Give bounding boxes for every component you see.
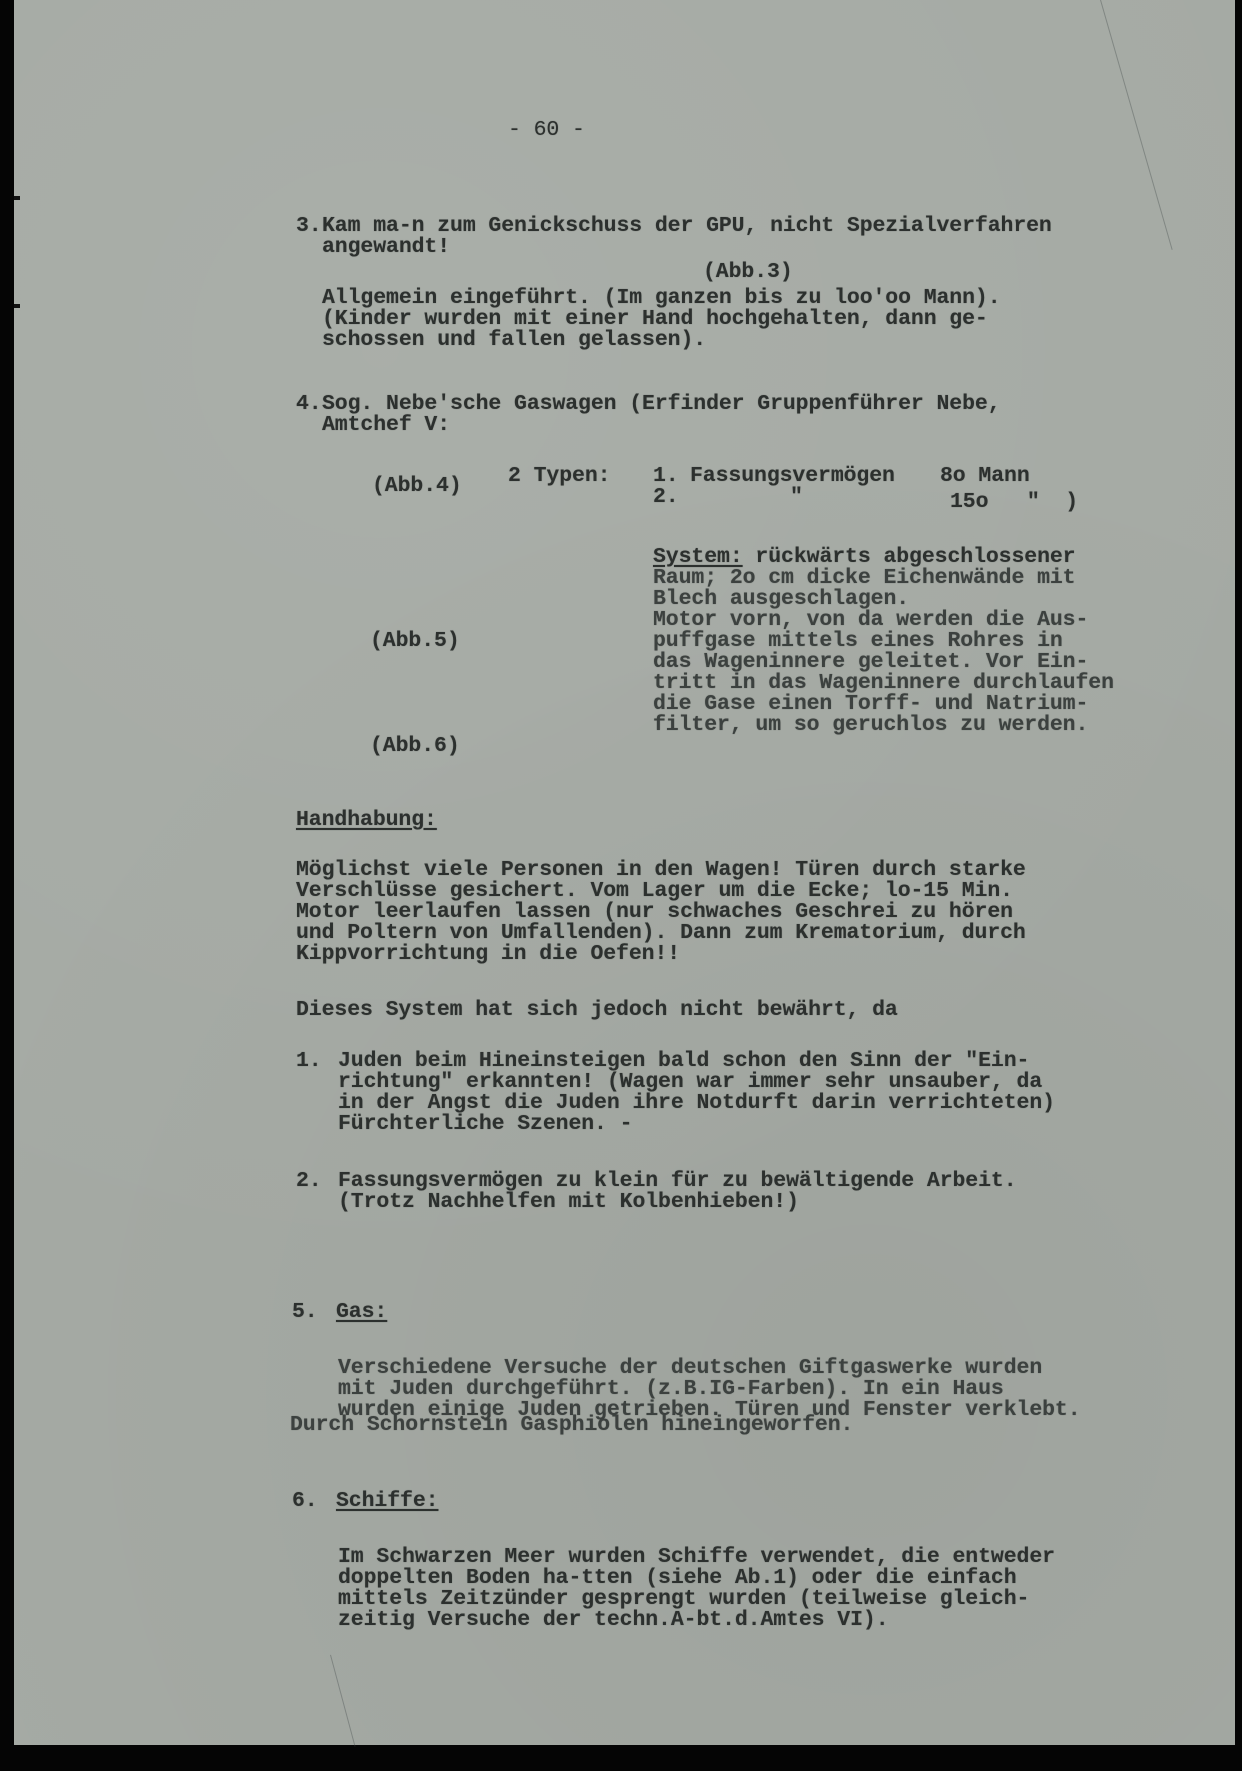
section3-body-2: (Kinder wurden mit einer Hand hochgehalt… [322, 309, 988, 330]
system-line-9: filter, um so geruchlos zu werden. [653, 715, 1088, 736]
handhabung-line-4: und Poltern von Umfallenden). Dann zum K… [296, 923, 1026, 944]
binding-hole-mark [14, 304, 20, 308]
type-1-label: Fassungsvermögen [690, 466, 895, 487]
section5-heading: Gas: [336, 1302, 387, 1323]
handhabung-line-5: Kippvorrichtung in die Oefen!! [296, 944, 680, 965]
section6-line-3: mittels Zeitzünder gesprengt wurden (tei… [338, 1589, 1029, 1610]
reason-2-number: 2. [296, 1171, 322, 1192]
type-2-number: 2. [653, 487, 679, 508]
section3-body-1: Allgemein eingeführt. (Im ganzen bis zu … [322, 288, 1001, 309]
section4-line-1: Sog. Nebe'sche Gaswagen (Erfinder Gruppe… [322, 394, 1001, 415]
section4-number: 4. [296, 394, 322, 415]
section5-line-2: mit Juden durchgeführt. (z.B.IG-Farben).… [338, 1379, 1004, 1400]
handhabung-line-1: Möglichst viele Personen in den Wagen! T… [296, 860, 1026, 881]
system-line-8: die Gase einen Torff- und Natrium- [653, 694, 1088, 715]
figure-ref-abb5: (Abb.5) [370, 631, 460, 652]
handhabung-line-3: Motor leerlaufen lassen (nur schwaches G… [296, 902, 1013, 923]
reason-2-line-2: (Trotz Nachhelfen mit Kolbenhieben!) [338, 1192, 799, 1213]
section3-line-1: Kam ma-n zum Genickschuss der GPU, nicht… [322, 216, 1052, 237]
figure-ref-abb4: (Abb.4) [372, 476, 462, 497]
type-2-label: " [790, 487, 803, 508]
type-1-number: 1. [653, 466, 679, 487]
handhabung-line-2: Verschlüsse gesichert. Vom Lager um die … [296, 881, 1013, 902]
system-line-4: Motor vorn, von da werden die Aus- [653, 610, 1088, 631]
section6-line-1: Im Schwarzen Meer wurden Schiffe verwend… [338, 1547, 1055, 1568]
system-line-7: tritt in das Wageninnere durchlaufen [653, 673, 1114, 694]
section6-line-2: doppelten Boden ha-tten (siehe Ab.1) ode… [338, 1568, 1017, 1589]
reason-1-number: 1. [296, 1051, 322, 1072]
section3-line-2: angewandt! [322, 237, 450, 258]
section3-body-3: schossen und fallen gelassen). [322, 330, 706, 351]
reason-1-line-2: richtung" erkannten! (Wagen war immer se… [338, 1072, 1042, 1093]
section5-last-line: Durch Schornstein Gasphiolen hineingewor… [290, 1415, 853, 1436]
system-line-5: puffgase mittels eines Rohres in [653, 631, 1063, 652]
section5-line-1: Verschiedene Versuche der deutschen Gift… [338, 1358, 1042, 1379]
page-number: - 60 - [508, 120, 585, 141]
binding-hole-mark [14, 196, 20, 200]
reason-2-line-1: Fassungsvermögen zu klein für zu bewälti… [338, 1171, 1017, 1192]
section3-number: 3. [296, 216, 322, 237]
system-line-3: Blech ausgeschlagen. [653, 589, 909, 610]
types-label: 2 Typen: [508, 466, 610, 487]
conclusion-line: Dieses System hat sich jedoch nicht bewä… [296, 1000, 898, 1021]
section6-heading: Schiffe: [336, 1491, 438, 1512]
reason-1-line-1: Juden beim Hineinsteigen bald schon den … [338, 1051, 1029, 1072]
section6-line-4: zeitig Versuche der techn.A-bt.d.Amtes V… [338, 1610, 889, 1631]
type-2-value: 15o " ) [950, 492, 1078, 513]
section5-number: 5. [292, 1302, 318, 1323]
handhabung-heading: Handhabung: [296, 810, 437, 831]
figure-ref-abb3: (Abb.3) [703, 262, 793, 283]
section6-number: 6. [292, 1491, 318, 1512]
system-line-6: das Wageninnere geleitet. Vor Ein- [653, 652, 1088, 673]
reason-1-line-3: in der Angst die Juden ihre Notdurft dar… [338, 1093, 1055, 1114]
system-line-2: Raum; 2o cm dicke Eichenwände mit [653, 568, 1075, 589]
figure-ref-abb6: (Abb.6) [370, 736, 460, 757]
type-1-value: 8o Mann [940, 466, 1030, 487]
section4-line-2: Amtchef V: [322, 415, 450, 436]
reason-1-line-4: Fürchterliche Szenen. - [338, 1114, 632, 1135]
